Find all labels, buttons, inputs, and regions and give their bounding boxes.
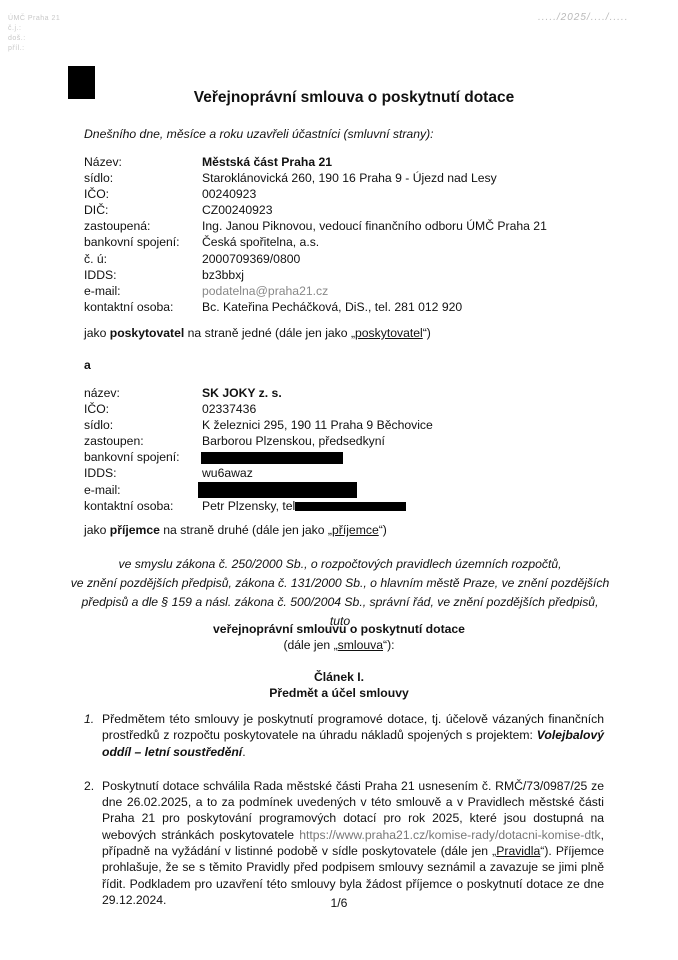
role-term: příjemce [110, 523, 160, 537]
field-label: bankovní spojení: [84, 234, 202, 250]
recipient-address: K železnici 295, 190 11 Praha 9 Běchovic… [202, 417, 604, 433]
provider-name: Městská část Praha 21 [202, 154, 604, 170]
article-title: Předmět a účel smlouvy [0, 685, 678, 701]
field-label: bankovní spojení: [84, 449, 202, 465]
registry-stamp: ÚMČ Praha 21 č.j.: doš.: příl.: [8, 14, 68, 54]
field-row: kontaktní osoba:Petr Plzensky, tel [84, 498, 604, 514]
provider-role-line: jako poskytovatel na straně jedné (dále … [84, 326, 431, 340]
provider-email-link[interactable]: podatelna@praha21.cz [202, 283, 604, 299]
field-row: č. ú:2000709369/0800 [84, 251, 604, 267]
legal-basis-line: ve smyslu zákona č. 250/2000 Sb., o rozp… [70, 555, 610, 574]
recipient-details: název:SK JOKY z. s. IČO:02337436 sídlo:K… [84, 385, 604, 514]
field-label: e-mail: [84, 283, 202, 299]
defined-term: smlouva [338, 638, 383, 652]
contact-name: Petr Plzensky, tel [202, 499, 295, 513]
rules-url-link[interactable]: https://www.praha21.cz/komise-rady/dotac… [299, 828, 600, 842]
field-label: DIČ: [84, 202, 202, 218]
clause-item: 1. Předmětem této smlouvy je poskytnutí … [84, 711, 604, 760]
role-text: jako [84, 326, 110, 340]
field-row: IDDS:wu6awaz [84, 465, 604, 481]
defined-term: Pravidla [496, 844, 540, 858]
field-label: sídlo: [84, 170, 202, 186]
field-label: kontaktní osoba: [84, 299, 202, 315]
role-text: “) [379, 523, 387, 537]
stamp-line: ÚMČ Praha 21 [8, 14, 68, 24]
field-label: zastoupená: [84, 218, 202, 234]
field-row: bankovní spojení:Česká spořitelna, a.s. [84, 234, 604, 250]
provider-ico: 00240923 [202, 186, 604, 202]
provider-idds: bz3bbxj [202, 267, 604, 283]
recipient-idds: wu6awaz [202, 465, 604, 481]
conjunction-and: a [84, 358, 91, 372]
clause-item: 2. Poskytnutí dotace schválila Rada měst… [84, 778, 604, 908]
recipient-role-line: jako příjemce na straně druhé (dále jen … [84, 523, 387, 537]
contract-alias: (dále jen „smlouva“): [0, 637, 678, 653]
stamp-line: doš.: [8, 34, 68, 44]
field-label: Název: [84, 154, 202, 170]
field-row: zastoupen:Barborou Plzenskou, předsedkyn… [84, 433, 604, 449]
clause-text: Poskytnutí dotace schválila Rada městské… [102, 778, 604, 908]
field-label: e-mail: [84, 482, 202, 498]
provider-account: 2000709369/0800 [202, 251, 604, 267]
provider-contact: Bc. Kateřina Pecháčková, DiS., tel. 281 … [202, 299, 604, 315]
field-label: kontaktní osoba: [84, 498, 202, 514]
redaction-bar [295, 502, 406, 511]
intro-text: Dnešního dne, měsíce a roku uzavřeli úča… [84, 127, 434, 141]
defined-term: příjemce [332, 523, 379, 537]
role-text: na straně jedné (dále jen jako „ [184, 326, 355, 340]
field-label: IČO: [84, 186, 202, 202]
field-row: sídlo:Staroklánovická 260, 190 16 Praha … [84, 170, 604, 186]
field-row: DIČ:CZ00240923 [84, 202, 604, 218]
provider-address: Staroklánovická 260, 190 16 Praha 9 - Új… [202, 170, 604, 186]
field-label: zastoupen: [84, 433, 202, 449]
role-text: “) [423, 326, 431, 340]
redaction-bar [201, 452, 343, 464]
legal-basis: ve smyslu zákona č. 250/2000 Sb., o rozp… [70, 555, 610, 631]
provider-dic: CZ00240923 [202, 202, 604, 218]
field-row: zastoupená:Ing. Janou Piknovou, vedoucí … [84, 218, 604, 234]
role-term: poskytovatel [110, 326, 185, 340]
provider-bank: Česká spořitelna, a.s. [202, 234, 604, 250]
provider-representative: Ing. Janou Piknovou, vedoucí finančního … [202, 218, 604, 234]
field-label: IDDS: [84, 465, 202, 481]
field-label: název: [84, 385, 202, 401]
field-row: kontaktní osoba:Bc. Kateřina Pecháčková,… [84, 299, 604, 315]
page-number: 1/6 [0, 896, 678, 910]
article-number: Článek I. [0, 669, 678, 685]
reference-number-stamp: ...../2025/..../..... [538, 12, 628, 23]
recipient-representative: Barborou Plzenskou, předsedkyní [202, 433, 604, 449]
field-row: IDDS:bz3bbxj [84, 267, 604, 283]
stamp-line: příl.: [8, 44, 68, 54]
alias-text: “): [383, 638, 395, 652]
clause-body: Předmětem této smlouvy je poskytnutí pro… [102, 712, 604, 742]
field-row: bankovní spojení: [84, 449, 604, 465]
contract-name: veřejnoprávní smlouvu o poskytnutí dotac… [0, 621, 678, 637]
article-clauses: 1. Předmětem této smlouvy je poskytnutí … [84, 711, 604, 908]
field-row: IČO:00240923 [84, 186, 604, 202]
article-heading: Článek I. Předmět a účel smlouvy [0, 669, 678, 701]
contract-name-block: veřejnoprávní smlouvu o poskytnutí dotac… [0, 621, 678, 653]
clause-body: . [242, 745, 245, 759]
redaction-bar [198, 482, 357, 498]
recipient-bank [202, 449, 604, 465]
field-label: sídlo: [84, 417, 202, 433]
recipient-name: SK JOKY z. s. [202, 385, 604, 401]
field-row: Název:Městská část Praha 21 [84, 154, 604, 170]
field-row: IČO:02337436 [84, 401, 604, 417]
recipient-contact: Petr Plzensky, tel [202, 498, 604, 514]
recipient-email [202, 482, 604, 498]
field-row: sídlo:K železnici 295, 190 11 Praha 9 Bě… [84, 417, 604, 433]
role-text: na straně druhé (dále jen jako „ [160, 523, 332, 537]
recipient-ico: 02337436 [202, 401, 604, 417]
stamp-line: č.j.: [8, 24, 68, 34]
field-label: č. ú: [84, 251, 202, 267]
field-row: název:SK JOKY z. s. [84, 385, 604, 401]
defined-term: poskytovatel [355, 326, 423, 340]
document-title: Veřejnoprávní smlouva o poskytnutí dotac… [0, 89, 678, 107]
alias-text: (dále jen „ [283, 638, 337, 652]
field-row: e-mail:podatelna@praha21.cz [84, 283, 604, 299]
field-label: IČO: [84, 401, 202, 417]
field-row: e-mail: [84, 482, 604, 498]
clause-number: 1. [84, 711, 102, 760]
role-text: jako [84, 523, 110, 537]
clause-number: 2. [84, 778, 102, 908]
legal-basis-line: ve znění pozdějších předpisů, zákona č. … [70, 574, 610, 593]
provider-details: Název:Městská část Praha 21 sídlo:Starok… [84, 154, 604, 315]
field-label: IDDS: [84, 267, 202, 283]
clause-text: Předmětem této smlouvy je poskytnutí pro… [102, 711, 604, 760]
